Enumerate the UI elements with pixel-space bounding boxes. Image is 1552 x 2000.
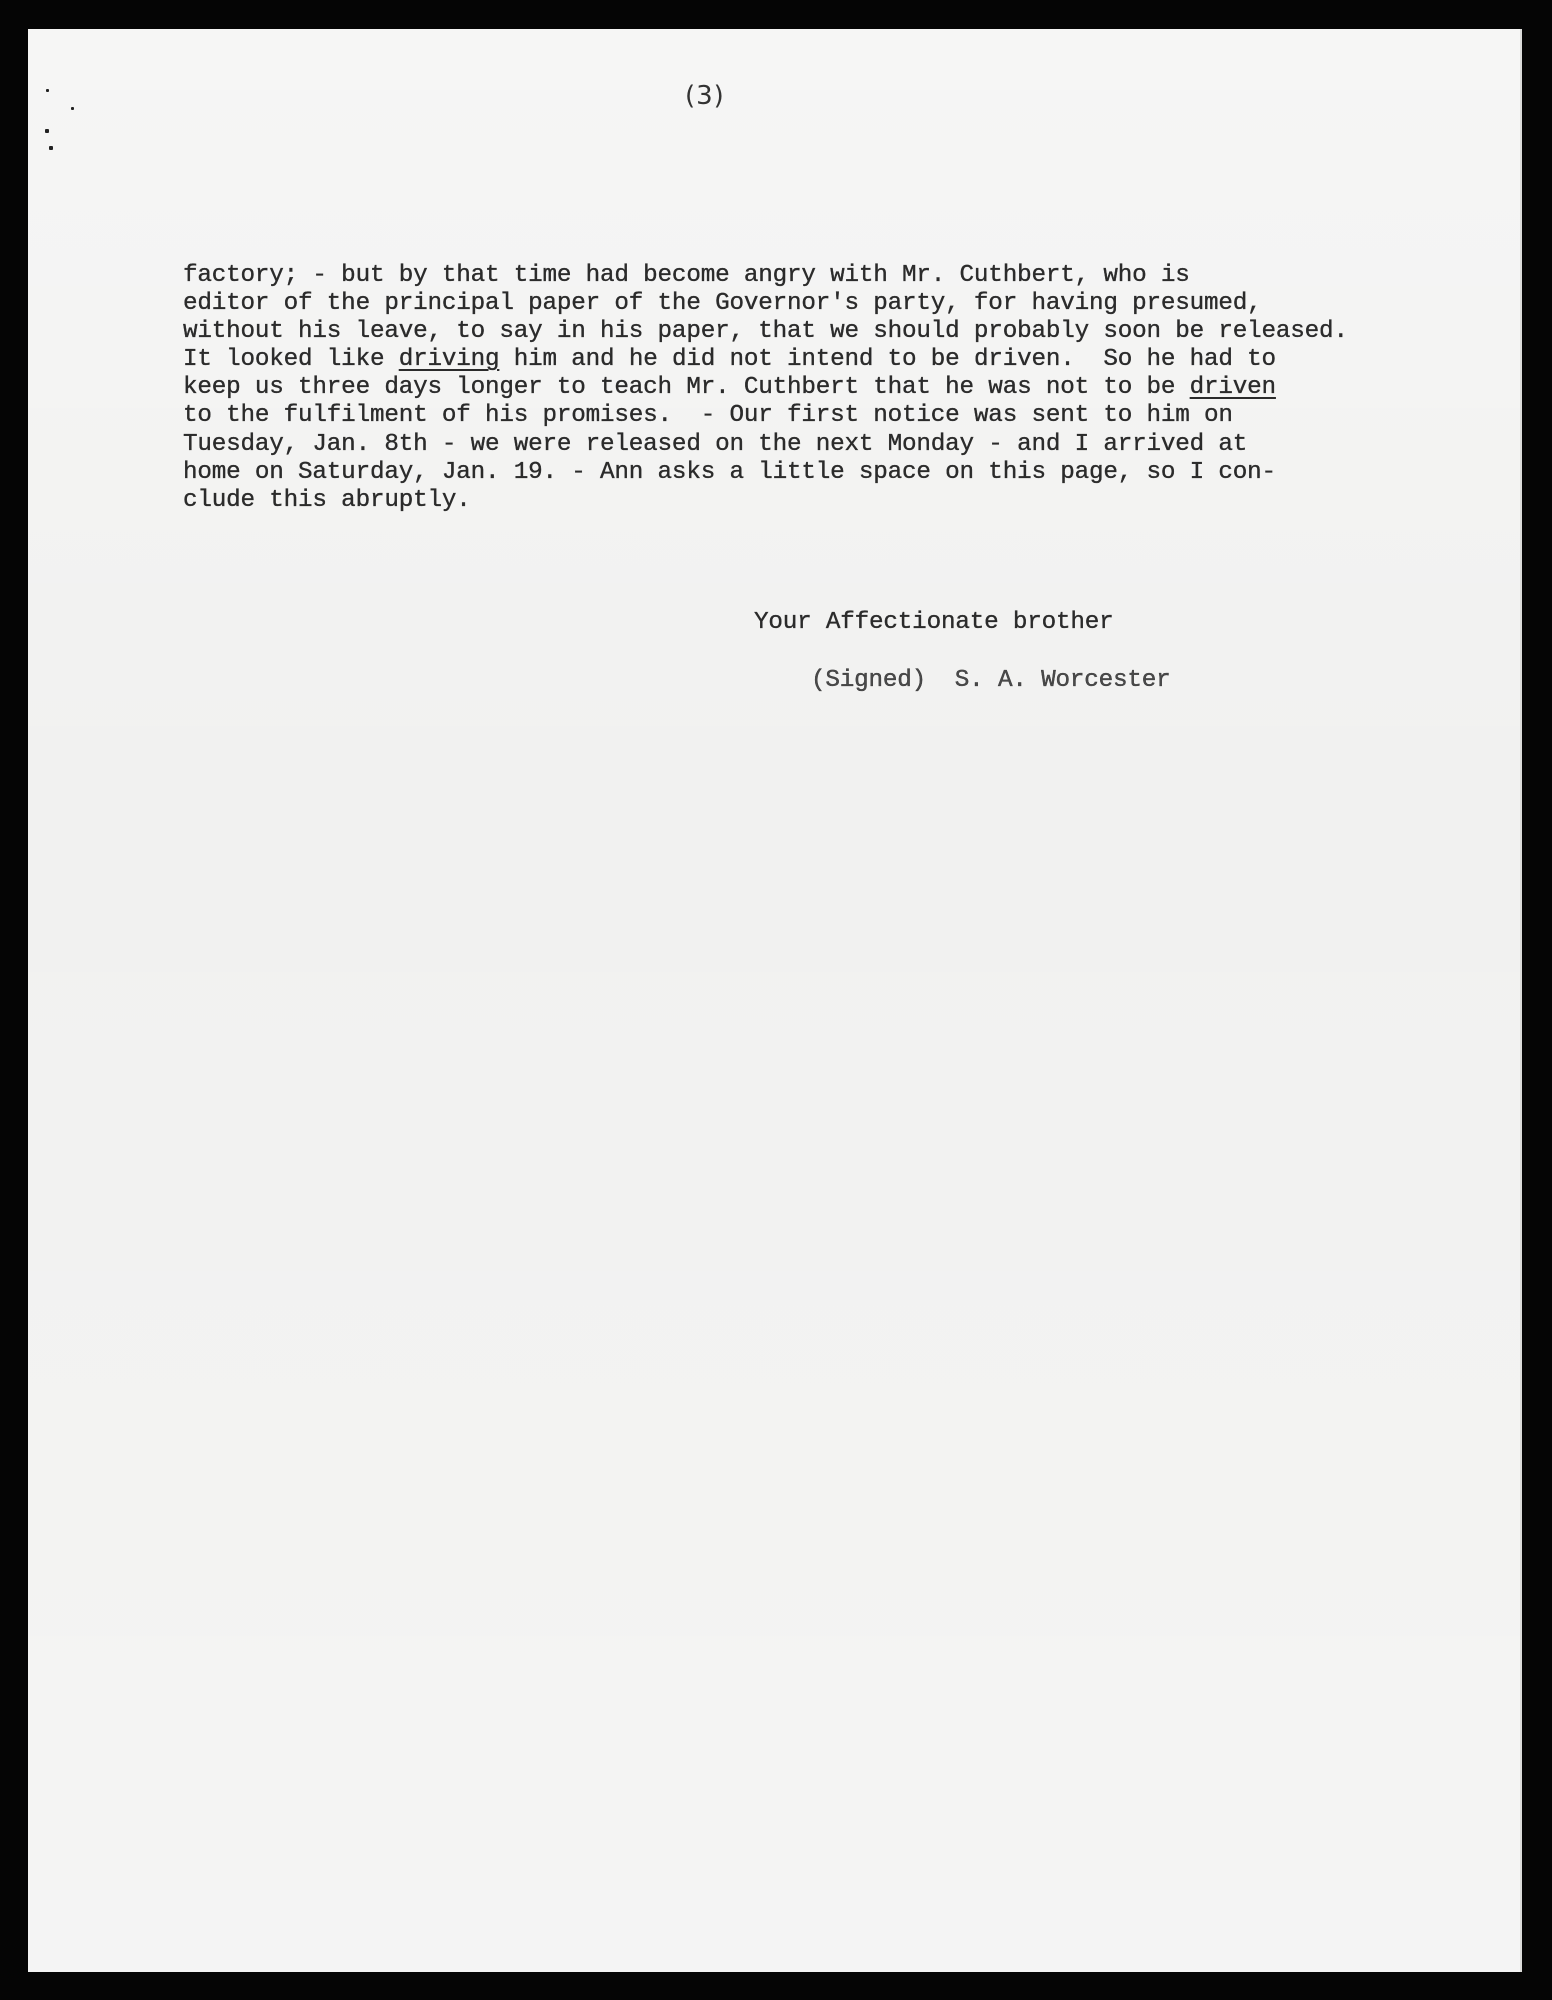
body-line: without his leave, to say in his paper, … (183, 318, 1348, 346)
stray-ink-mark (45, 129, 49, 133)
body-line: home on Saturday, Jan. 19. - Ann asks a … (183, 459, 1348, 487)
body-line: editor of the principal paper of the Gov… (183, 290, 1348, 318)
letter-closing: Your Affectionate brother (754, 609, 1114, 636)
text-segment: Tuesday, Jan. 8th - we were released on … (183, 431, 1247, 458)
text-segment: him and he did not intend to be driven. … (499, 346, 1276, 373)
stray-ink-mark (71, 107, 74, 110)
body-line: keep us three days longer to teach Mr. C… (183, 374, 1348, 402)
underlined-word: driven (1190, 374, 1276, 401)
body-line: clude this abruptly. (183, 487, 1348, 515)
stray-ink-mark (46, 89, 49, 92)
page-number: (3) (685, 81, 725, 111)
body-line: Tuesday, Jan. 8th - we were released on … (183, 431, 1348, 459)
text-segment: editor of the principal paper of the Gov… (183, 290, 1262, 317)
letter-signature: (Signed) S. A. Worcester (811, 667, 1171, 694)
body-line: factory; - but by that time had become a… (183, 262, 1348, 290)
text-segment: keep us three days longer to teach Mr. C… (183, 374, 1190, 401)
text-segment: without his leave, to say in his paper, … (183, 318, 1348, 345)
underlined-word: driving (399, 346, 500, 373)
body-line: to the fulfilment of his promises. - Our… (183, 402, 1348, 430)
text-segment: factory; - but by that time had become a… (183, 262, 1190, 289)
letter-page: (3) factory; - but by that time had beco… (28, 29, 1522, 1972)
body-line: It looked like driving him and he did no… (183, 346, 1348, 374)
text-segment: clude this abruptly. (183, 487, 471, 514)
text-segment: It looked like (183, 346, 399, 373)
text-segment: home on Saturday, Jan. 19. - Ann asks a … (183, 459, 1276, 486)
letter-body: factory; - but by that time had become a… (183, 262, 1348, 515)
text-segment: to the fulfilment of his promises. - Our… (183, 402, 1233, 429)
stray-ink-mark (49, 146, 53, 150)
